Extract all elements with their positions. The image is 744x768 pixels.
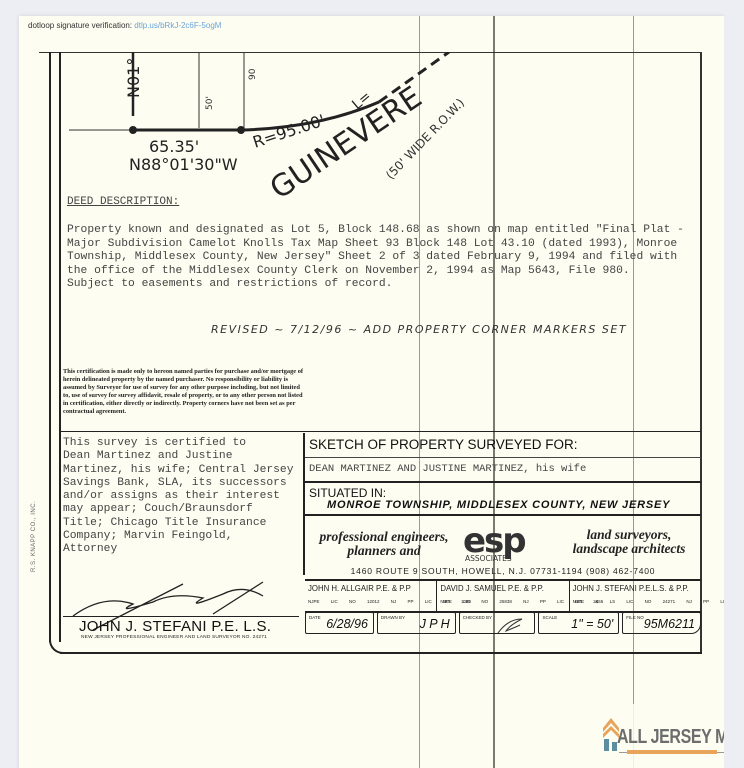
title-block-divider [59, 431, 701, 432]
engineer: JOHN J. STEFANI P.E.L.S. & P.P. NJPE & L… [570, 581, 701, 611]
deed-body: Property known and designated as Lot 5, … [67, 224, 707, 292]
drawing-info-row: DATE 6/28/96 DRAWN BY J P H CHECKED BY S… [305, 612, 701, 634]
esp-logo-icon: esp ASSOCIATES [459, 522, 559, 562]
surveyor-name: JOHN J. STEFANI P.E. L.S. [79, 618, 271, 635]
bearing-left: N01° [124, 58, 143, 98]
divider [305, 481, 701, 483]
sketch-info: SKETCH OF PROPERTY SURVEYED FOR: DEAN MA… [305, 433, 701, 513]
location: MONROE TOWNSHIP, MIDDLESEX COUNTY, NEW J… [327, 499, 670, 511]
divider [305, 457, 701, 458]
frame-border [59, 652, 702, 654]
owner-name: DEAN MARTINEZ AND JUSTINE MARTINEZ, his … [309, 463, 586, 475]
verification-label: dotloop signature verification: [28, 21, 132, 30]
file-no-cell: FILE NO 95M6211 [622, 612, 701, 634]
page-margin [724, 16, 744, 768]
plot-sketch: N01° 50' 90 65.35' N88°01'30"W R=95.00' … [19, 52, 479, 212]
situated-label: SITUATED IN: [309, 486, 386, 500]
firm-box: professional engineers, planners and esp… [305, 514, 701, 580]
engineer: DAVID J. SAMUEL P.E. & P.P. NJPE LIC NO … [437, 581, 569, 611]
engineer: JOHN H. ALLGAIR P.E. & P.P NJPE LIC NO 1… [305, 581, 437, 611]
svg-text:ASSOCIATES: ASSOCIATES [465, 554, 512, 562]
initials-signature-icon [496, 615, 526, 637]
checked-by-cell: CHECKED BY [459, 612, 536, 634]
engineers-row: JOHN H. ALLGAIR P.E. & P.P NJPE LIC NO 1… [305, 579, 701, 613]
revision-note: REVISED ~ 7/12/96 ~ ADD PROPERTY CORNER … [211, 323, 627, 336]
drawn-by-cell: DRAWN BY J P H [377, 612, 456, 634]
scale-cell: SCALE 1" = 50' [538, 612, 619, 634]
bearing-label: N88°01'30"W [129, 155, 238, 174]
firm-right-text: land surveyors, landscape architects [559, 528, 699, 556]
signature-line [63, 616, 299, 617]
street-name: GUINEVERE [264, 80, 428, 207]
firm-address: 1460 ROUTE 9 SOUTH, HOWELL, N.J. 07731-1… [305, 566, 701, 576]
mls-watermark: ALL JERSEY MLS [579, 704, 725, 768]
svg-text:90: 90 [248, 68, 258, 80]
surveyor-license: NEW JERSEY PROFESSIONAL ENGINEER AND LAN… [81, 635, 267, 640]
document-page: dotloop signature verification: dtlp.us/… [19, 16, 724, 768]
certification-box: This survey is certified to Dean Martine… [59, 433, 305, 575]
firm-left-text: professional engineers, planners and [309, 530, 459, 558]
mls-ribbon [627, 750, 717, 754]
signature-verification: dotloop signature verification: dtlp.us/… [28, 21, 221, 30]
deed-title: DEED DESCRIPTION: [67, 196, 179, 208]
distance-label: 65.35' [149, 137, 199, 156]
verification-link[interactable]: dtlp.us/bRkJ-2c6F-5ogM [134, 21, 221, 30]
certification-text: This survey is certified to Dean Martine… [63, 437, 294, 557]
date-cell: DATE 6/28/96 [305, 612, 374, 634]
fold-line [633, 16, 634, 768]
svg-text:50': 50' [205, 96, 215, 110]
printer-mark: R.S. KNAPP CO., INC. [31, 501, 37, 572]
fold-line [493, 16, 495, 768]
disclaimer: This certification is made only to hereo… [63, 368, 307, 430]
sketch-title: SKETCH OF PROPERTY SURVEYED FOR: [309, 437, 578, 452]
